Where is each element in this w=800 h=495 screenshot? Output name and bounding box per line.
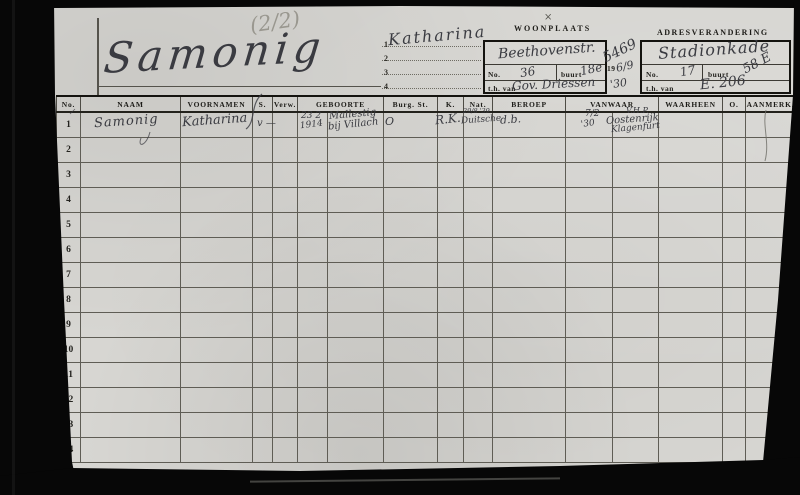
reg-date-top-handwriting: 6/9	[615, 59, 635, 73]
row1-nat-note-handwriting: 29/8 '39	[463, 108, 490, 115]
table-row-13: 13	[57, 413, 796, 438]
given-line-3	[382, 74, 481, 75]
adres-no-handwriting: 17	[679, 64, 696, 78]
scanned-register-card: Samonig (2/2) 1 2 3 4 Katharina WOONPLAA…	[0, 0, 800, 495]
given-line-number-2: 2	[384, 54, 388, 63]
woonplaats-no-label: No.	[488, 70, 501, 79]
col-header-verw: Verw.	[273, 96, 298, 112]
col-header-voornamen: VOORNAMEN	[181, 96, 253, 112]
col-header-k: K.	[438, 96, 464, 112]
table-row-7: 7	[57, 263, 796, 288]
surname-baseline-rule	[98, 86, 381, 87]
col-header-aanmerk: AANMERK.	[746, 96, 796, 112]
ink-mark: ×	[544, 13, 552, 23]
register-table: No. NAAM VOORNAMEN S. Verw. GEBOORTE Bur…	[56, 95, 796, 463]
table-row-9: 9	[57, 313, 796, 338]
col-header-burg-st: Burg. St.	[384, 96, 438, 112]
table-row-6: 6	[57, 238, 796, 263]
adres-no-label: No.	[646, 70, 659, 79]
row-number: 4	[57, 188, 81, 213]
row1-beroep-handwriting: d.b.	[500, 113, 522, 125]
col-header-naam: NAAM	[81, 96, 181, 112]
table-row-10: 10	[57, 338, 796, 363]
row1-kerk-handwriting: R.K.	[434, 112, 461, 127]
table-row-14: 14	[57, 438, 796, 463]
reg-date-bottom-handwriting: '30	[609, 77, 627, 90]
given-line-2	[382, 60, 481, 61]
adresverandering-label: ADRESVERANDERING	[657, 28, 769, 37]
table-row-8: 8	[57, 288, 796, 313]
row1-burgstaat-handwriting: O	[385, 116, 394, 127]
given-line-number-3: 3	[384, 68, 388, 77]
col-header-o: O.	[723, 96, 746, 112]
table-row-3: 3	[57, 163, 796, 188]
col-header-beroep: BEROEP	[493, 96, 566, 112]
adres-van-label: t.h. van	[646, 84, 674, 93]
surname-handwriting: Samonig	[102, 26, 327, 80]
row1-vanwaar-date-bottom-handwriting: '30	[580, 119, 595, 130]
table-row-1: 1	[57, 112, 796, 138]
table-row-12: 12	[57, 388, 796, 413]
row1-s-mark-handwriting: v —	[257, 119, 276, 129]
woonplaats-label: WOONPLAATS	[514, 24, 591, 33]
row-number: 1	[57, 112, 81, 138]
table-row-5: 5	[57, 213, 796, 238]
header-row: No. NAAM VOORNAMEN S. Verw. GEBOORTE Bur…	[57, 96, 796, 112]
col-header-waarheen: WAARHEEN	[659, 96, 723, 112]
scan-streak-left	[12, 0, 15, 495]
table-row-4: 4	[57, 188, 796, 213]
row-number: 3	[57, 163, 81, 188]
given-line-4	[382, 88, 481, 89]
col-header-s: S.	[253, 96, 273, 112]
given-line-number-4: 4	[384, 82, 388, 91]
surname-field-left-rule	[97, 18, 99, 95]
table-row-2: 2	[57, 138, 796, 163]
table-row-11: 11	[57, 363, 796, 388]
row-number: 2	[57, 138, 81, 163]
col-header-no: No.	[57, 96, 81, 112]
